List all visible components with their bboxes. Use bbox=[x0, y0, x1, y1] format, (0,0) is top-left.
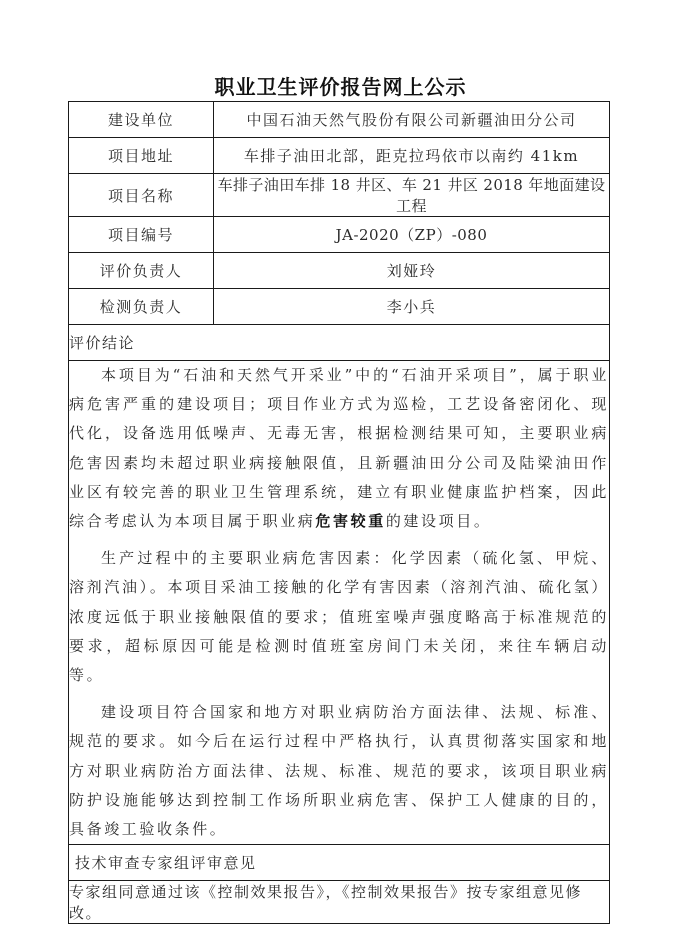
conclusion-paragraph-1-text: 本项目为“石油和天然气开采业”中的“石油开采项目”，属于职业病危害严重的建设项目… bbox=[69, 366, 609, 530]
page-title: 职业卫生评价报告网上公示 bbox=[0, 74, 681, 100]
field-label: 建设单位 bbox=[69, 102, 214, 138]
notice-table: 建设单位 中国石油天然气股份有限公司新疆油田分公司 项目地址 车排子油田北部，距… bbox=[68, 101, 610, 924]
field-value-project-address: 车排子油田北部，距克拉玛依市以南约 41km bbox=[214, 138, 610, 174]
field-value-testing-lead: 李小兵 bbox=[214, 289, 610, 325]
table-row-evaluation-lead: 评价负责人 刘娅玲 bbox=[69, 253, 610, 289]
expert-review-opinion: 专家组同意通过该《控制效果报告》，《控制效果报告》按专家组意见修改。 bbox=[69, 881, 610, 924]
table-row-testing-lead: 检测负责人 李小兵 bbox=[69, 289, 610, 325]
field-value-project-number: JA-2020（ZP）-080 bbox=[214, 217, 610, 253]
table-row-expert-opinion: 专家组同意通过该《控制效果报告》，《控制效果报告》按专家组意见修改。 bbox=[69, 881, 610, 924]
table-row-project-number: 项目编号 JA-2020（ZP）-080 bbox=[69, 217, 610, 253]
field-label: 项目编号 bbox=[69, 217, 214, 253]
field-value-evaluation-lead: 刘娅玲 bbox=[214, 253, 610, 289]
field-label: 检测负责人 bbox=[69, 289, 214, 325]
hazard-level-emphasis: 危害较重 bbox=[315, 512, 385, 530]
table-row-construction-unit: 建设单位 中国石油天然气股份有限公司新疆油田分公司 bbox=[69, 102, 610, 138]
conclusion-paragraph-2: 生产过程中的主要职业病危害因素：化学因素（硫化氢、甲烷、溶剂汽油）。本项目采油工… bbox=[69, 544, 609, 690]
table-row-conclusion-body: 本项目为“石油和天然气开采业”中的“石油开采项目”，属于职业病危害严重的建设项目… bbox=[69, 361, 610, 845]
field-value-project-name: 车排子油田车排 18 井区、车 21 井区 2018 年地面建设工程 bbox=[214, 174, 610, 217]
conclusion-body: 本项目为“石油和天然气开采业”中的“石油开采项目”，属于职业病危害严重的建设项目… bbox=[69, 361, 610, 845]
field-label: 评价负责人 bbox=[69, 253, 214, 289]
conclusion-heading: 评价结论 bbox=[69, 325, 610, 361]
table-row-conclusion-heading: 评价结论 bbox=[69, 325, 610, 361]
field-label: 项目名称 bbox=[69, 174, 214, 217]
field-value-construction-unit: 中国石油天然气股份有限公司新疆油田分公司 bbox=[214, 102, 610, 138]
conclusion-paragraph-1-tail: 的建设项目。 bbox=[386, 512, 492, 530]
field-label: 项目地址 bbox=[69, 138, 214, 174]
table-row-project-name: 项目名称 车排子油田车排 18 井区、车 21 井区 2018 年地面建设工程 bbox=[69, 174, 610, 217]
table-row-expert-heading: 技术审查专家组评审意见 bbox=[69, 845, 610, 881]
conclusion-paragraph-1: 本项目为“石油和天然气开采业”中的“石油开采项目”，属于职业病危害严重的建设项目… bbox=[69, 361, 609, 536]
table-row-project-address: 项目地址 车排子油田北部，距克拉玛依市以南约 41km bbox=[69, 138, 610, 174]
expert-review-heading: 技术审查专家组评审意见 bbox=[69, 845, 610, 881]
conclusion-paragraph-3: 建设项目符合国家和地方对职业病防治方面法律、法规、标准、规范的要求。如今后在运行… bbox=[69, 698, 609, 844]
